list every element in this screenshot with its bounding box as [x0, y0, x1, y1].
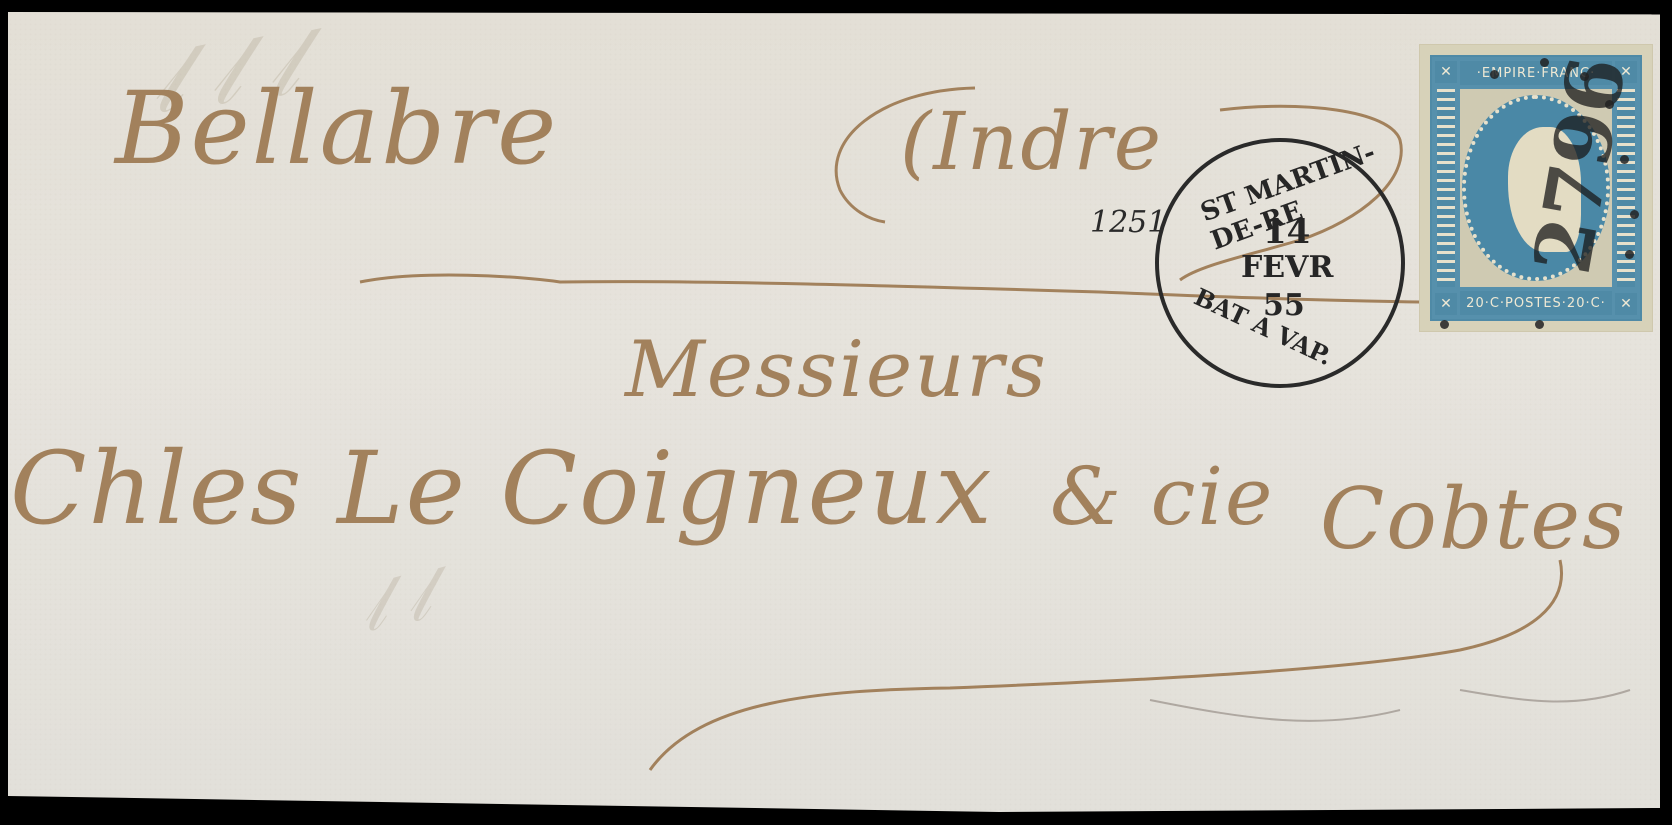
cancel-dot: [1625, 250, 1634, 259]
stamp-corner-ornament-icon: ✕: [1435, 293, 1457, 315]
stamp-corner-ornament-icon: ✕: [1615, 293, 1637, 315]
cancel-dot: [1535, 320, 1544, 329]
postmark-day: 14: [1263, 212, 1310, 252]
address-company-suffix: & cie: [1050, 450, 1274, 543]
cancel-dot: [1440, 320, 1449, 329]
cancel-dot: [1620, 155, 1629, 164]
cancel-dot: [1540, 58, 1549, 67]
cancel-dot: [1605, 100, 1614, 109]
postmark-month: FEVR: [1241, 250, 1333, 285]
stamp-corner-ornament-icon: ✕: [1435, 61, 1457, 83]
address-recipient: Chles Le Coigneux: [10, 430, 994, 547]
stamp-greek-key-border: [1437, 89, 1455, 287]
address-department: (Indre: [900, 95, 1163, 188]
cancel-dot: [1630, 210, 1639, 219]
stamp-value-legend: 20·C·POSTES·20·C·: [1460, 291, 1612, 315]
postmark-cds: ST MARTIN-DE-RE 14 FEVR 55 BAT A VAP.: [1155, 138, 1405, 388]
pencil-note: 1251: [1090, 205, 1166, 240]
cancel-dot: [1580, 72, 1589, 81]
cancel-dot: [1490, 70, 1499, 79]
address-salutation: Messieurs: [625, 325, 1048, 415]
address-destination: Cobtes: [1320, 470, 1627, 568]
address-town: Bellabre: [115, 70, 558, 187]
